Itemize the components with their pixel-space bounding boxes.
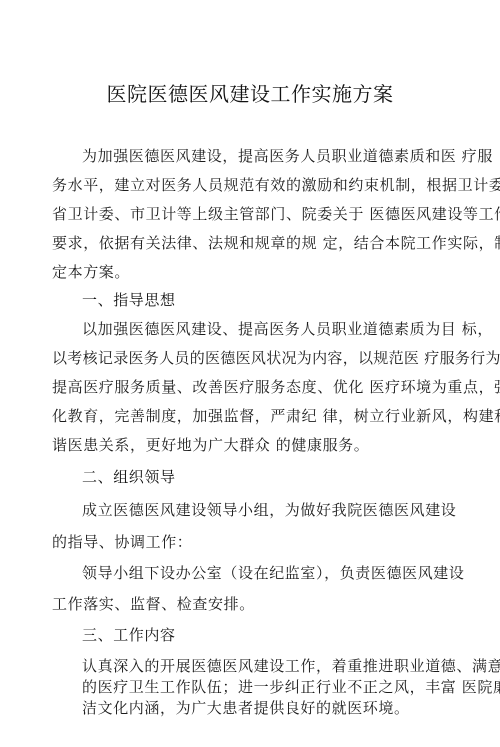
text-line: 务水平，建立对医务人员规范有效的激励和约束机制，根据卫计委、 — [52, 175, 454, 195]
text-line: 领导小组下设办公室（设在纪监室），负责医德医风建设 — [82, 563, 454, 583]
text-line: 认真深入的开展医德医风建设工作，着重推进职业道德、满意 — [82, 656, 454, 676]
section-heading: 二、组织领导 — [82, 467, 176, 487]
text-line: 化教育，完善制度，加强监督，严肃纪 律，树立行业新风，构建和 — [52, 406, 454, 426]
text-line: 以加强医德医风建设、提高医务人员职业道德素质为目 标， — [82, 319, 454, 339]
text-line: 以考核记录医务人员的医德医风状况为内容，以规范医 疗服务行为、 — [52, 348, 454, 368]
section-heading: 三、工作内容 — [82, 625, 176, 645]
text-line: 工作落实、监督、检查安排。 — [52, 594, 454, 614]
text-line: 定本方案。 — [52, 262, 454, 282]
text-line: 的医疗卫生工作队伍；进一步纠正行业不正之风，丰富 医院廉 — [82, 677, 454, 697]
text-line: 提高医疗服务质量、改善医疗服务态度、优化 医疗环境为重点，强 — [52, 377, 454, 397]
text-line: 的指导、协调工作： — [52, 532, 454, 552]
text-line: 洁文化内涵，为广大患者提供良好的就医环境。 — [82, 698, 454, 718]
section-heading: 一、指导思想 — [82, 290, 176, 310]
text-line: 省卫计委、市卫计等上级主管部门、院委关于 医德医风建设等工作 — [52, 204, 454, 224]
text-line: 要求，依据有关法律、法规和规章的规 定，结合本院工作实际，制 — [52, 233, 454, 253]
document-title: 医院医德医风建设工作实施方案 — [0, 80, 500, 108]
text-line: 谐医患关系，更好地为广大群众 的健康服务。 — [52, 435, 454, 455]
text-line: 为加强医德医风建设，提高医务人员职业道德素质和医 疗服 — [82, 146, 454, 166]
text-line: 成立医德医风建设领导小组，为做好我院医德医风建设 — [82, 500, 454, 520]
